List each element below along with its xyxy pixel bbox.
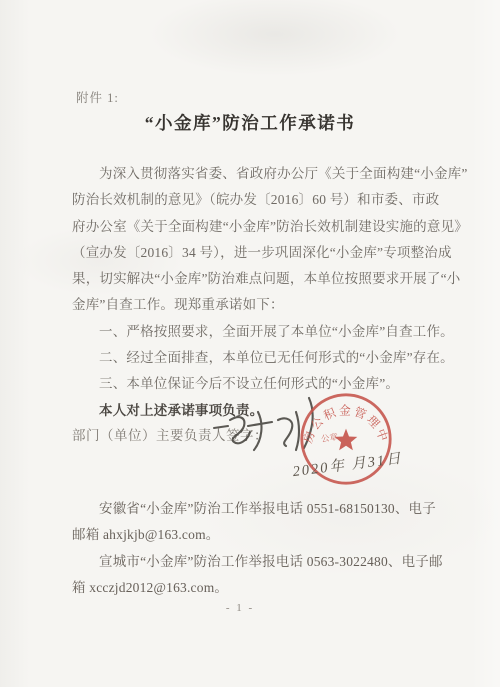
body-line: 果，切实解决“小金库”防治难点问题，本单位按照要求开展了“小 bbox=[72, 266, 452, 292]
body-line: （宣办发〔2016〕34 号），进一步巩固深化“小金库”专项整治成 bbox=[72, 240, 452, 266]
body-list-item: 二、经过全面排查，本单位已无任何形式的“小金库”存在。 bbox=[72, 345, 452, 371]
body-line: 为深入贯彻落实省委、省政府办公厅《关于全面构建“小金库” bbox=[72, 161, 452, 187]
contact-line: 邮箱 ahxjkjb@163.com。 bbox=[72, 522, 452, 548]
body-line: 金库”自查工作。现郑重承诺如下： bbox=[72, 292, 452, 318]
contact-line: 箱 xcczjd2012@163.com。 bbox=[72, 575, 452, 601]
body-line: 防治长效机制的意见》（皖办发〔2016〕60 号）和市委、市政 bbox=[72, 187, 452, 213]
contact-line: 安徽省“小金库”防治工作举报电话 0551-68150130、电子 bbox=[72, 496, 452, 522]
scanned-document-page: 附件 1: “小金库”防治工作承诺书 为深入贯彻落实省委、省政府办公厅《关于全面… bbox=[0, 0, 500, 687]
body-list-item: 一、严格按照要求，全面开展了本单位“小金库”自查工作。 bbox=[72, 319, 452, 345]
body-list-item: 三、本单位保证今后不设立任何形式的“小金库”。 bbox=[72, 371, 452, 397]
seal-inner-text: 公章 bbox=[320, 431, 339, 443]
page-number: - 1 - bbox=[0, 602, 480, 614]
contact-line: 宣城市“小金库”防治工作举报电话 0563-3022480、电子邮 bbox=[72, 549, 452, 575]
attachment-label: 附件 1: bbox=[76, 88, 119, 106]
body-line: 府办公室《关于全面构建“小金库”防治长效机制建设实施的意见》 bbox=[72, 214, 452, 240]
document-title: “小金库”防治工作承诺书 bbox=[0, 110, 500, 135]
report-contact-info: 安徽省“小金库”防治工作举报电话 0551-68150130、电子 邮箱 ahx… bbox=[72, 496, 452, 601]
document-body: 为深入贯彻落实省委、省政府办公厅《关于全面构建“小金库” 防治长效机制的意见》（… bbox=[72, 161, 452, 424]
